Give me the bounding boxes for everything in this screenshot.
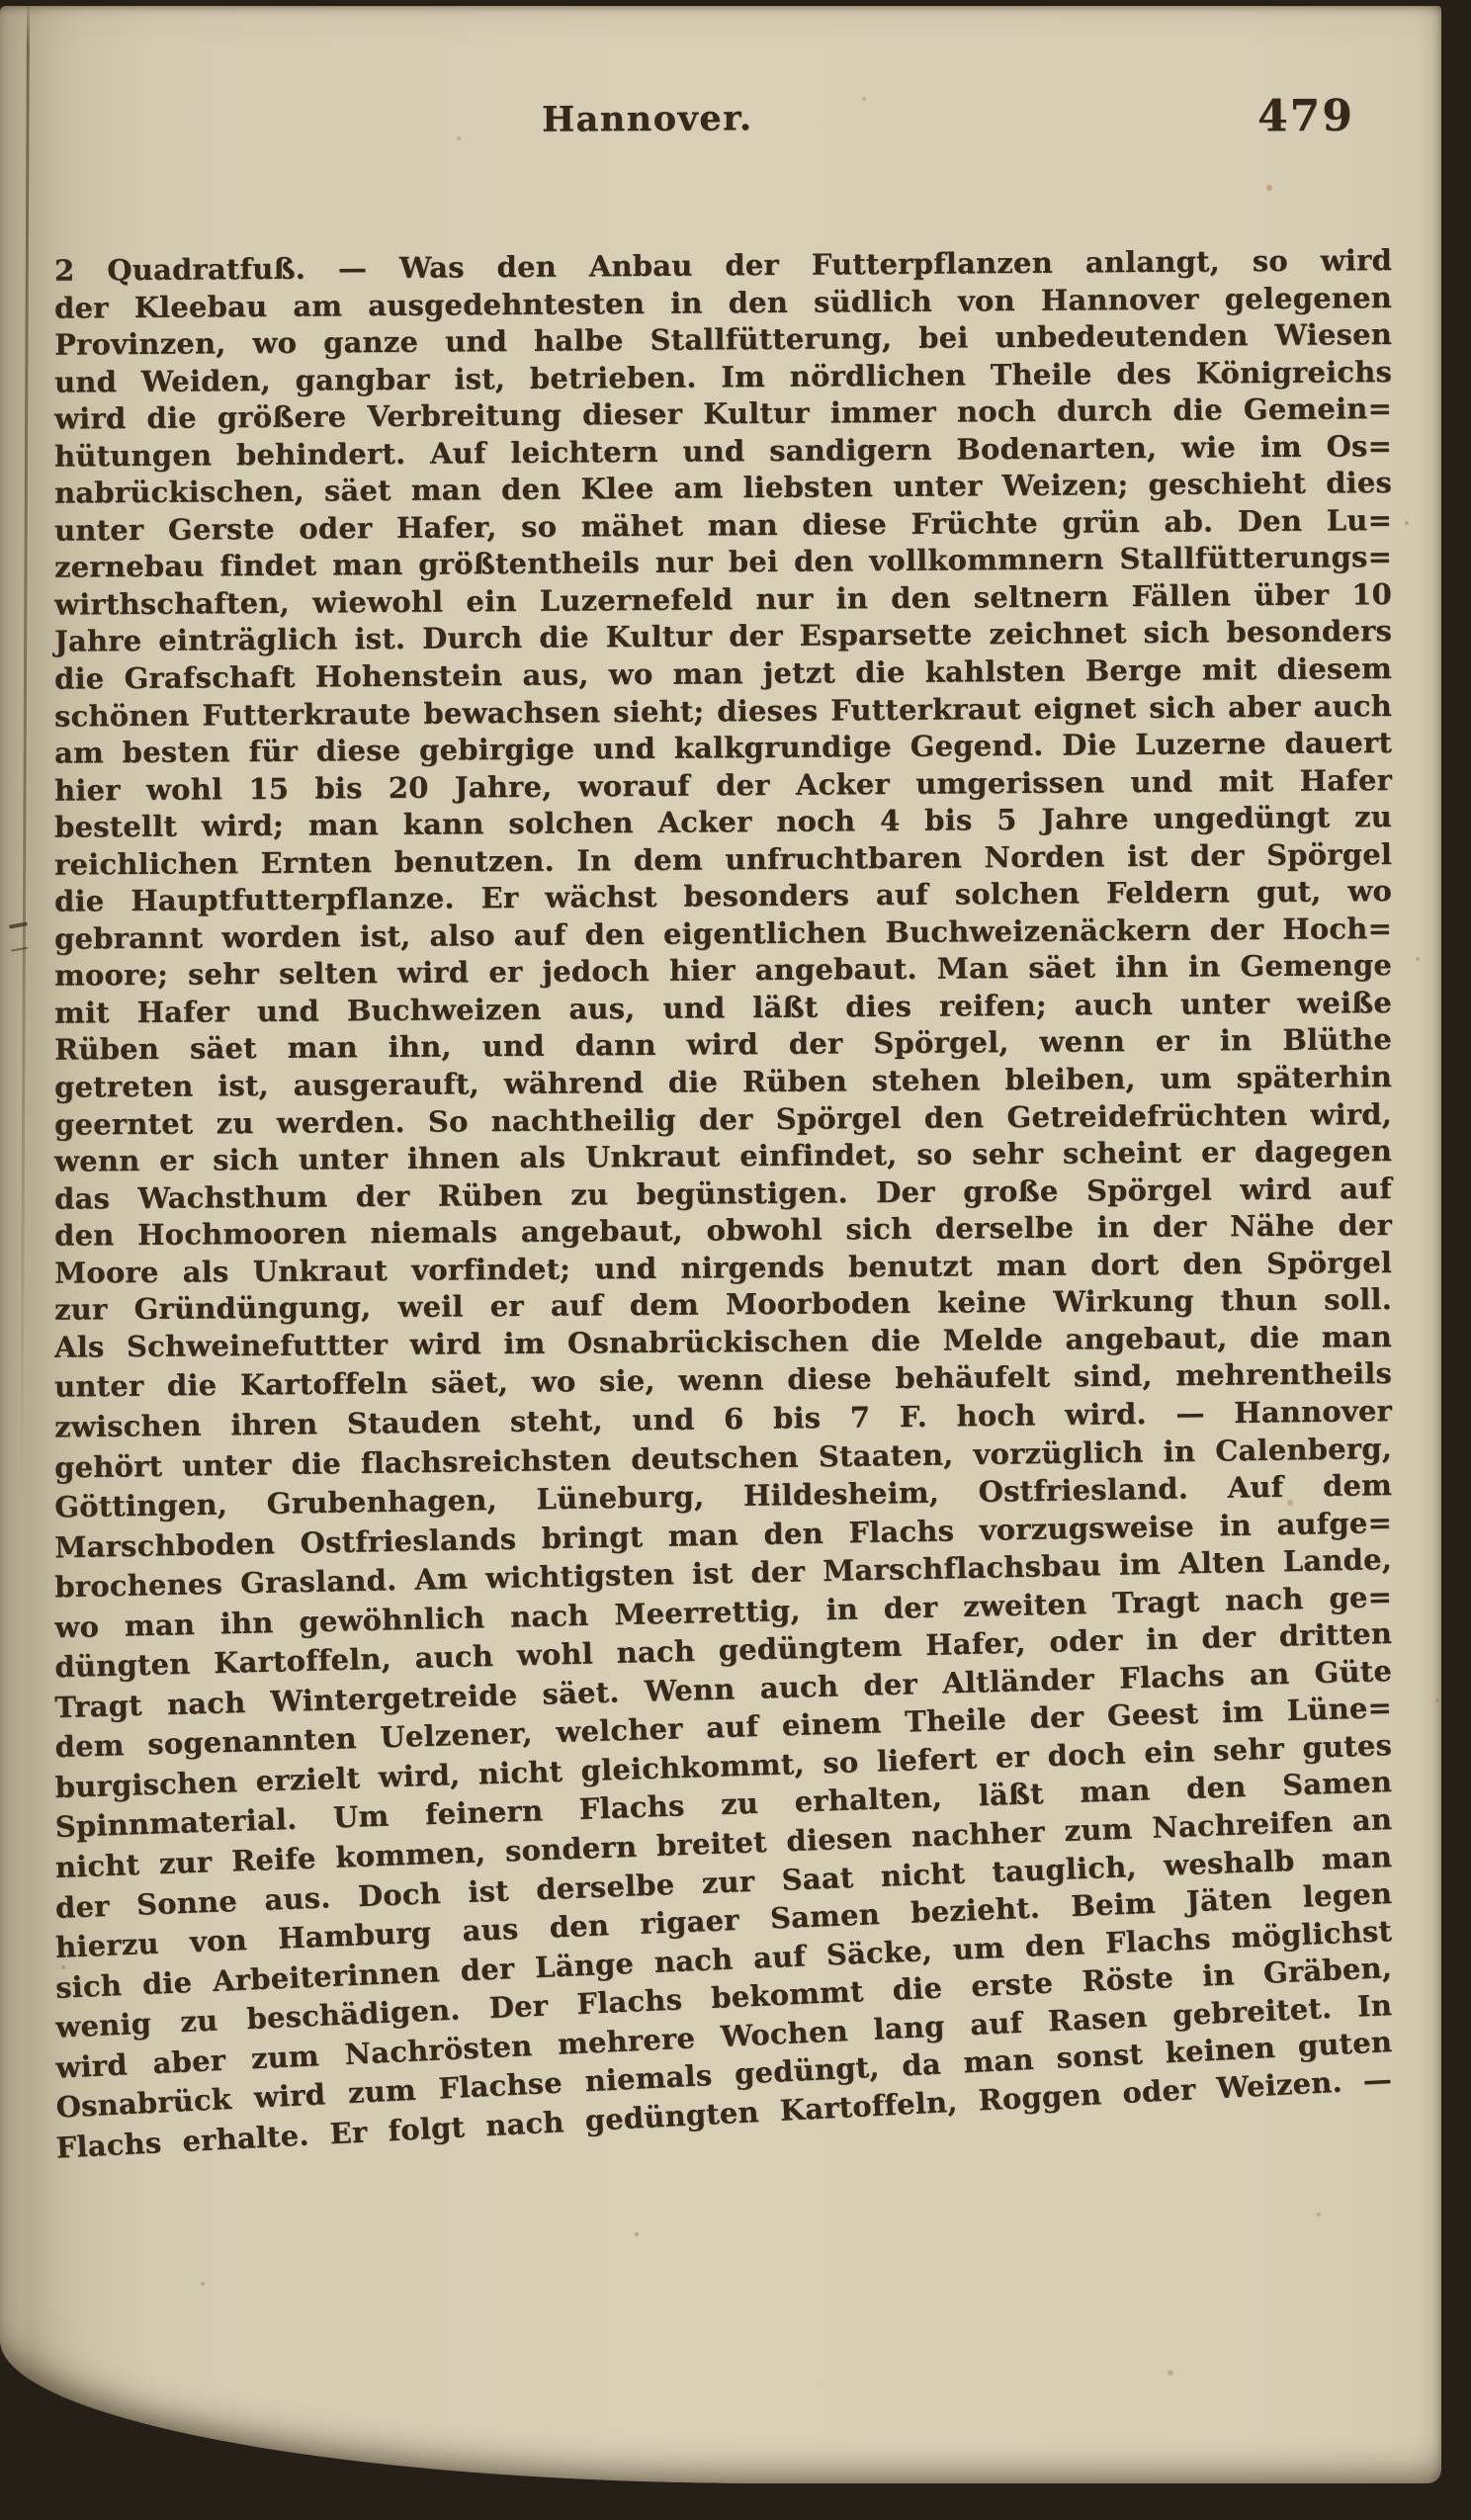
book-page-scan: Hannover. 479 2 Quadratfuß. — Was den An…: [0, 0, 1471, 2520]
running-header: Hannover.: [542, 98, 730, 139]
paper-specks: [0, 6, 4, 10]
scan-background: { "document": { "running_header": "Hanno…: [0, 0, 1471, 2520]
page-number: 479: [1257, 91, 1354, 142]
binding-crease: [20, 6, 30, 1509]
page-text: 2 Quadratfuß. — Was den Anbau der Futter…: [54, 242, 1392, 2098]
page-paper: Hannover. 479 2 Quadratfuß. — Was den An…: [0, 6, 1441, 2483]
